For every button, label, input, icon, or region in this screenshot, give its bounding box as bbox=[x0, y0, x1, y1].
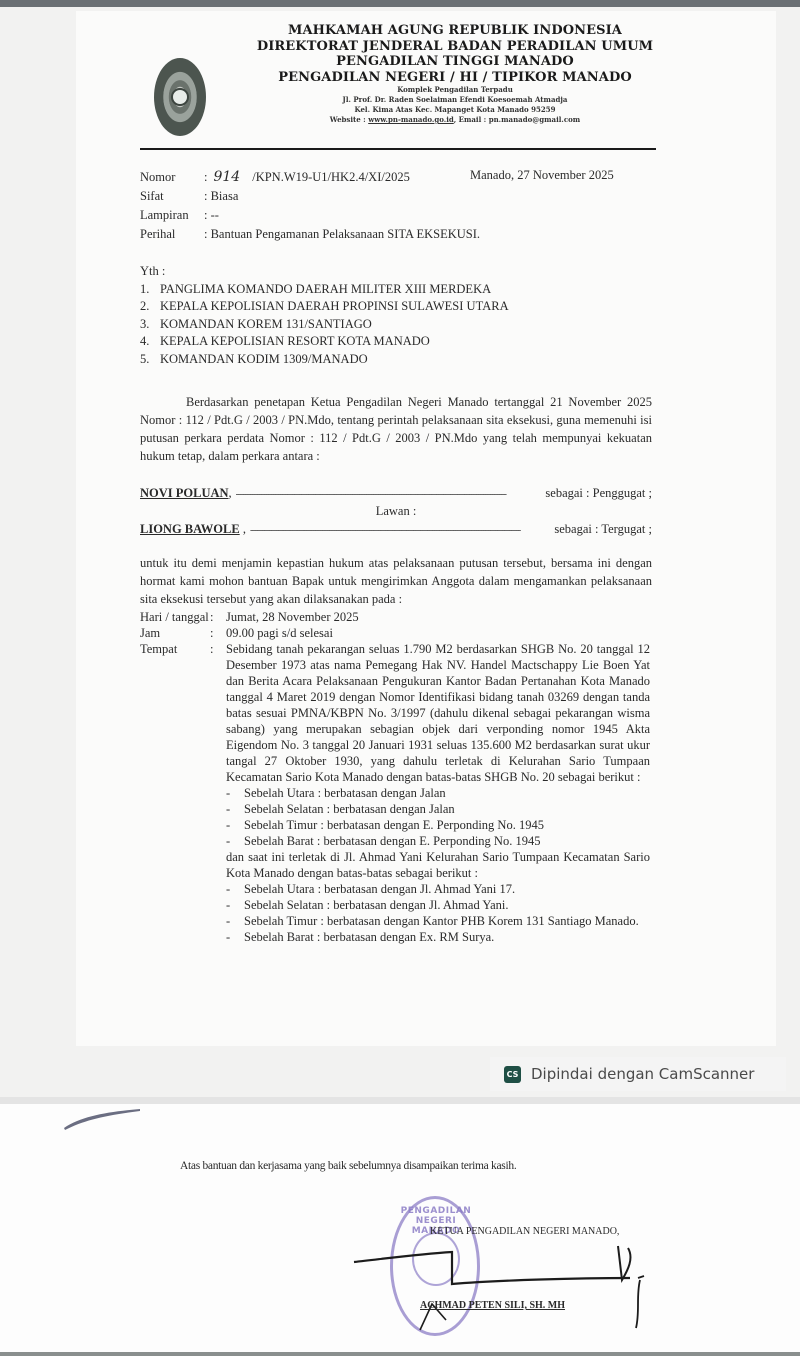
lampiran-value: : -- bbox=[204, 206, 219, 225]
plaintiff-role: sebagai : Penggugat ; bbox=[545, 486, 652, 501]
closing-text: Atas bantuan dan kerjasama yang baik seb… bbox=[180, 1160, 516, 1172]
signer-title: KETUA PENGADILAN NEGERI MANADO, bbox=[430, 1226, 619, 1237]
letterhead-line-4: PENGADILAN NEGERI / HI / TIPIKOR MANADO bbox=[250, 70, 660, 86]
recipient-number: 1. bbox=[140, 281, 160, 299]
letterhead-line-2: DIREKTORAT JENDERAL BADAN PERADILAN UMUM bbox=[250, 39, 660, 55]
letterhead-line-3: PENGADILAN TINGGI MANADO bbox=[250, 54, 660, 70]
email-label: , Email : bbox=[454, 115, 489, 124]
recipient-number: 5. bbox=[140, 351, 160, 369]
boundary-item: -Sebelah Timur : berbatasan dengan Kanto… bbox=[226, 913, 650, 929]
recipient-item: 1.PANGLIMA KOMANDO DAERAH MILITER XIII M… bbox=[140, 281, 509, 299]
place-label: Tempat bbox=[140, 641, 210, 945]
body-paragraph-2: untuk itu demi menjamin kepastian hukum … bbox=[140, 554, 652, 608]
party-plaintiff: NOVI POLUAN, ---------------------------… bbox=[140, 486, 652, 501]
defendant-role: sebagai : Tergugat ; bbox=[554, 522, 652, 537]
address-line-1: Komplek Pengadilan Terpadu bbox=[250, 85, 660, 95]
recipient-text: KEPALA KEPOLISIAN DAERAH PROPINSI SULAWE… bbox=[160, 298, 509, 316]
boundary-item: -Sebelah Selatan : berbatasan dengan Jal… bbox=[226, 801, 650, 817]
letterhead-line-1: MAHKAMAH AGUNG REPUBLIK INDONESIA bbox=[250, 23, 660, 39]
recipient-number: 3. bbox=[140, 316, 160, 334]
website-label: Website : bbox=[330, 115, 368, 124]
signature-icon bbox=[350, 1240, 650, 1340]
perihal-label: Perihal bbox=[140, 225, 204, 244]
sifat-label: Sifat bbox=[140, 187, 204, 206]
boundary-item: -Sebelah Selatan : berbatasan dengan Jl.… bbox=[226, 897, 650, 913]
schedule-time: Jam : 09.00 pagi s/d selesai bbox=[140, 625, 650, 641]
top-bar bbox=[0, 0, 800, 7]
boundary-item: -Sebelah Timur : berbatasan dengan E. Pe… bbox=[226, 817, 650, 833]
perihal-value: : Bantuan Pengamanan Pelaksanaan SITA EK… bbox=[204, 225, 480, 244]
page-curl-mark bbox=[62, 1108, 142, 1130]
watermark-text: Dipindai dengan CamScanner bbox=[531, 1065, 754, 1083]
recipient-item: 2.KEPALA KEPOLISIAN DAERAH PROPINSI SULA… bbox=[140, 298, 509, 316]
court-emblem-icon bbox=[154, 58, 206, 136]
place-value: Sebidang tanah pekarangan seluas 1.790 M… bbox=[226, 641, 650, 945]
address-line-2: Jl. Prof. Dr. Raden Soelaiman Efendi Koe… bbox=[250, 95, 660, 105]
meta-lampiran: Lampiran : -- bbox=[140, 206, 480, 225]
current-boundaries-list: -Sebelah Utara : berbatasan dengan Jl. A… bbox=[226, 881, 650, 945]
page-gap bbox=[0, 1097, 800, 1104]
recipient-item: 3.KOMANDAN KOREM 131/SANTIAGO bbox=[140, 316, 509, 334]
nomor-label: Nomor bbox=[140, 168, 204, 187]
place-description: Sebidang tanah pekarangan seluas 1.790 M… bbox=[226, 641, 650, 785]
recipient-number: 2. bbox=[140, 298, 160, 316]
meta-sifat: Sifat : Biasa bbox=[140, 187, 480, 206]
time-value: 09.00 pagi s/d selesai bbox=[226, 625, 650, 641]
recipient-item: 5.KOMANDAN KODIM 1309/MANADO bbox=[140, 351, 509, 369]
recipient-text: PANGLIMA KOMANDO DAERAH MILITER XIII MER… bbox=[160, 281, 491, 299]
recipient-number: 4. bbox=[140, 333, 160, 351]
current-location-intro: dan saat ini terletak di Jl. Ahmad Yani … bbox=[226, 849, 650, 881]
recipients-heading: Yth : bbox=[140, 263, 509, 281]
camscanner-watermark: CS Dipindai dengan CamScanner bbox=[490, 1057, 786, 1091]
meta-nomor: Nomor : 914 /KPN.W19-U1/HK2.4/XI/2025 bbox=[140, 168, 480, 187]
email-link[interactable]: pn.manado@gmail.com bbox=[489, 115, 580, 124]
letter-meta: Nomor : 914 /KPN.W19-U1/HK2.4/XI/2025 Si… bbox=[140, 168, 480, 244]
plaintiff-name: NOVI POLUAN bbox=[140, 486, 229, 501]
meta-perihal: Perihal : Bantuan Pengamanan Pelaksanaan… bbox=[140, 225, 480, 244]
sifat-value: : Biasa bbox=[204, 187, 238, 206]
recipient-text: KOMANDAN KOREM 131/SANTIAGO bbox=[160, 316, 372, 334]
dash-leader: ----------------------------------------… bbox=[236, 489, 542, 500]
dash-leader: ----------------------------------------… bbox=[250, 525, 550, 536]
schedule: Hari / tanggal : Jumat, 28 November 2025… bbox=[140, 609, 650, 945]
boundary-item: -Sebelah Utara : berbatasan dengan Jalan bbox=[226, 785, 650, 801]
schedule-place: Tempat : Sebidang tanah pekarangan selua… bbox=[140, 641, 650, 945]
recipients: Yth : 1.PANGLIMA KOMANDO DAERAH MILITER … bbox=[140, 263, 509, 368]
nomor-colon: : bbox=[204, 168, 207, 187]
website-link[interactable]: www.pn-manado.go.id bbox=[368, 115, 454, 124]
recipient-text: KOMANDAN KODIM 1309/MANADO bbox=[160, 351, 368, 369]
schedule-day: Hari / tanggal : Jumat, 28 November 2025 bbox=[140, 609, 650, 625]
old-boundaries-list: -Sebelah Utara : berbatasan dengan Jalan… bbox=[226, 785, 650, 849]
colon: : bbox=[210, 609, 226, 625]
boundary-item: -Sebelah Utara : berbatasan dengan Jl. A… bbox=[226, 881, 650, 897]
lampiran-label: Lampiran bbox=[140, 206, 204, 225]
colon: : bbox=[210, 641, 226, 945]
address-line-3: Kel. Kima Atas Kec. Mapanget Kota Manado… bbox=[250, 105, 660, 115]
colon: : bbox=[210, 625, 226, 641]
versus-label: Lawan : bbox=[140, 504, 652, 519]
letterhead-divider bbox=[140, 148, 656, 150]
day-value: Jumat, 28 November 2025 bbox=[226, 609, 650, 625]
letterhead: MAHKAMAH AGUNG REPUBLIK INDONESIA DIREKT… bbox=[250, 23, 660, 125]
nomor-handwritten: 914 bbox=[213, 168, 240, 187]
boundary-item: -Sebelah Barat : berbatasan dengan E. Pe… bbox=[226, 833, 650, 849]
party-defendant: LIONG BAWOLE , -------------------------… bbox=[140, 522, 652, 537]
letter-date: Manado, 27 November 2025 bbox=[470, 168, 614, 183]
boundary-item: -Sebelah Barat : berbatasan dengan Ex. R… bbox=[226, 929, 650, 945]
contact-line: Website : www.pn-manado.go.id, Email : p… bbox=[250, 115, 660, 125]
recipient-item: 4.KEPALA KEPOLISIAN RESORT KOTA MANADO bbox=[140, 333, 509, 351]
time-label: Jam bbox=[140, 625, 210, 641]
recipient-text: KEPALA KEPOLISIAN RESORT KOTA MANADO bbox=[160, 333, 430, 351]
defendant-name: LIONG BAWOLE bbox=[140, 522, 240, 537]
bottom-bar bbox=[0, 1352, 800, 1356]
day-label: Hari / tanggal bbox=[140, 609, 210, 625]
camscanner-icon: CS bbox=[504, 1066, 521, 1083]
body-paragraph-1: Berdasarkan penetapan Ketua Pengadilan N… bbox=[140, 393, 652, 465]
nomor-value: /KPN.W19-U1/HK2.4/XI/2025 bbox=[252, 168, 410, 187]
paragraph-1-text: Berdasarkan penetapan Ketua Pengadilan N… bbox=[140, 395, 652, 463]
signer-name: ACHMAD PETEN SILI, SH. MH bbox=[420, 1300, 565, 1311]
